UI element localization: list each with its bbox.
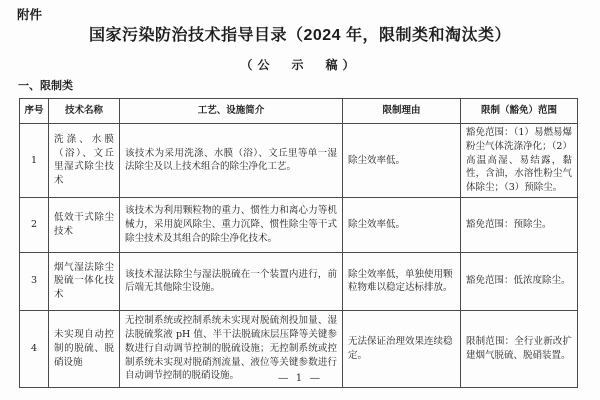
document-subtitle: （公 示 稿） xyxy=(0,56,600,73)
column-header-serial: 序号 xyxy=(20,99,49,124)
table-row: 3 烟气湿法除尘脱硫一体化技术 该技术湿法除尘与湿法脱硫在一个装置内进行，前后端… xyxy=(20,252,578,310)
cell-restrict-scope: 豁免范围：（1）易燃易爆粉尘气体洗涤净化；（2）高温高湿、易结露，黏性，含油，水… xyxy=(461,124,578,198)
column-header-reason: 限制理由 xyxy=(343,99,461,124)
cell-process-desc: 该技术为采用洗涤、水膜（浴）、文丘里等单一湿法除尘及以上技术组合的除尘净化工艺。 xyxy=(120,124,343,198)
cell-serial: 1 xyxy=(20,124,49,198)
table-row: 1 洗涤、水膜（浴）、文丘里湿式除尘技术 该技术为采用洗涤、水膜（浴）、文丘里等… xyxy=(20,124,578,198)
table-header-row: 序号 技术名称 工艺、设施简介 限制理由 限制（豁免）范围 xyxy=(20,99,578,124)
column-header-tech-name: 技术名称 xyxy=(49,99,120,124)
cell-tech-name: 低效干式除尘技术 xyxy=(49,197,120,252)
cell-restrict-reason: 除尘效率低，单独使用颗粒物难以稳定达标排放。 xyxy=(343,252,461,310)
cell-restrict-reason: 除尘效率低。 xyxy=(343,124,461,198)
document-page: 附件 国家污染防治技术指导目录（2024 年，限制类和淘汰类） （公 示 稿） … xyxy=(0,0,600,400)
cell-restrict-scope: 豁免范围：低浓度除尘。 xyxy=(461,252,578,310)
cell-process-desc: 该技术为利用颗粒物的重力、惯性力和离心力等机械力，采用旋风除尘、重力沉降、惯性除… xyxy=(120,197,343,252)
column-header-process: 工艺、设施简介 xyxy=(120,99,343,124)
catalog-table: 序号 技术名称 工艺、设施简介 限制理由 限制（豁免）范围 1 洗涤、水膜（浴）… xyxy=(19,98,578,388)
cell-tech-name: 烟气湿法除尘脱硫一体化技术 xyxy=(49,252,120,310)
table-row: 2 低效干式除尘技术 该技术为利用颗粒物的重力、惯性力和离心力等机械力，采用旋风… xyxy=(20,197,578,252)
cell-restrict-scope: 豁免范围：预除尘。 xyxy=(461,197,578,252)
document-title: 国家污染防治技术指导目录（2024 年，限制类和淘汰类） xyxy=(0,22,600,45)
cell-serial: 3 xyxy=(20,252,49,310)
section-heading: 一、限制类 xyxy=(18,77,73,93)
cell-process-desc: 该技术湿法除尘与湿法脱硫在一个装置内进行，前后端无其他除尘设施。 xyxy=(120,252,343,310)
cell-tech-name: 洗涤、水膜（浴）、文丘里湿式除尘技术 xyxy=(49,124,120,198)
attachment-label: 附件 xyxy=(17,5,42,23)
cell-restrict-reason: 除尘效率低。 xyxy=(343,197,461,252)
cell-serial: 2 xyxy=(20,197,49,252)
page-number: — 1 — xyxy=(0,372,600,384)
column-header-scope: 限制（豁免）范围 xyxy=(461,99,578,124)
